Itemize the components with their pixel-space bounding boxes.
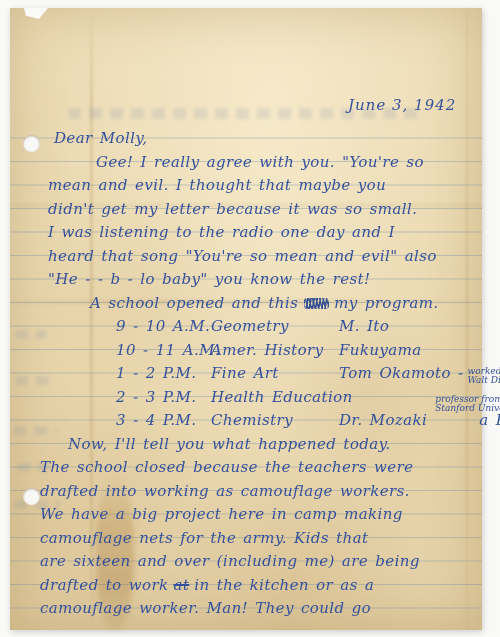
annotation-note: professor fromStanford Univers.	[435, 396, 500, 414]
schedule-teacher: Tom Okamoto -	[339, 364, 464, 382]
schedule-time: 10 - 11 A.M.	[116, 339, 211, 363]
letter-date: June 3, 1942	[348, 96, 456, 114]
schedule-row: 3 - 4 P.M.ChemistryDr. Mozakiprofessor f…	[40, 409, 472, 433]
letter-line: are sixteen and over (including me) are …	[40, 550, 472, 574]
letter-line-with-strikeout: drafted to workatin the kitchen or as a	[40, 574, 472, 598]
letter-line: I was listening to the radio one day and…	[40, 221, 472, 245]
annotation-line: Walt Disneys	[468, 377, 500, 386]
paper-tear	[24, 8, 48, 19]
schedule-time: 2 - 3 P.M.	[116, 386, 211, 410]
annotation-line: Stanford Univers.	[435, 405, 500, 414]
letter-line: mean and evil. I thought that maybe you	[40, 174, 472, 198]
schedule-row: 9 - 10 A.M.GeometryM. Ito	[40, 315, 472, 339]
schedule-subject: Geometry	[211, 315, 339, 339]
salutation: Dear Molly,	[40, 127, 472, 151]
schedule-time: 9 - 10 A.M.	[116, 315, 211, 339]
letter-line: heard that song "You're so mean and evil…	[40, 245, 472, 269]
letter-line: We have a big project here in camp makin…	[40, 503, 472, 527]
letter-body: Dear Molly, Gee! I really agree with you…	[40, 127, 472, 621]
schedule-row: 1 - 2 P.M.Fine ArtTom Okamoto -worked at…	[40, 362, 472, 386]
ph-d-with-note: professor fromStanford Univers.a Ph. D.	[433, 409, 500, 433]
letter-line: The school closed because the teachers w…	[40, 456, 472, 480]
letter-line: drafted into working as camouflage worke…	[40, 480, 472, 504]
program-intro-before: A school opened and this	[90, 294, 298, 312]
schedule-time: 3 - 4 P.M.	[116, 409, 211, 433]
schedule-time: 1 - 2 P.M.	[116, 362, 211, 386]
strikethrough-word: at	[174, 576, 190, 594]
schedule-teacher: Fukuyama	[339, 341, 422, 359]
schedule-teacher: Dr. Mozaki	[339, 411, 427, 429]
line-segment: drafted to work	[40, 576, 169, 594]
letter-line: Gee! I really agree with you. "You're so	[40, 151, 472, 175]
schedule-subject: Health Education	[211, 386, 339, 410]
program-intro-after: my program.	[334, 294, 438, 312]
hole-punch-top	[23, 135, 40, 152]
letter-line: Now, I'll tell you what happened today.	[40, 433, 472, 457]
line-segment: in the kitchen or as a	[194, 576, 374, 594]
letter-line: camouflage nets for the army. Kids that	[40, 527, 472, 551]
schedule-teacher: M. Ito	[339, 317, 389, 335]
schedule-subject: Fine Art	[211, 362, 339, 386]
ink-scribble	[304, 298, 329, 309]
schedule-subject: Amer. History	[211, 339, 339, 363]
program-intro-line: A school opened and thismy program.	[40, 292, 472, 316]
letter-line: didn't get my letter because it was so s…	[40, 198, 472, 222]
letter-line: camouflage worker. Man! They could go	[40, 597, 472, 621]
schedule-subject: Chemistry	[211, 409, 339, 433]
letter-page: June 3, 1942 Dear Molly, Gee! I really a…	[10, 8, 482, 630]
schedule-row: 10 - 11 A.M.Amer. HistoryFukuyama	[40, 339, 472, 363]
letter-line: "He - - b - lo baby" you know the rest!	[40, 268, 472, 292]
scanned-letter-photo: June 3, 1942 Dear Molly, Gee! I really a…	[0, 0, 500, 637]
annotation-note: worked at,Walt Disneys	[468, 368, 500, 386]
schedule-row: 2 - 3 P.M.Health Education	[40, 386, 472, 410]
hole-punch-bottom	[23, 488, 40, 505]
